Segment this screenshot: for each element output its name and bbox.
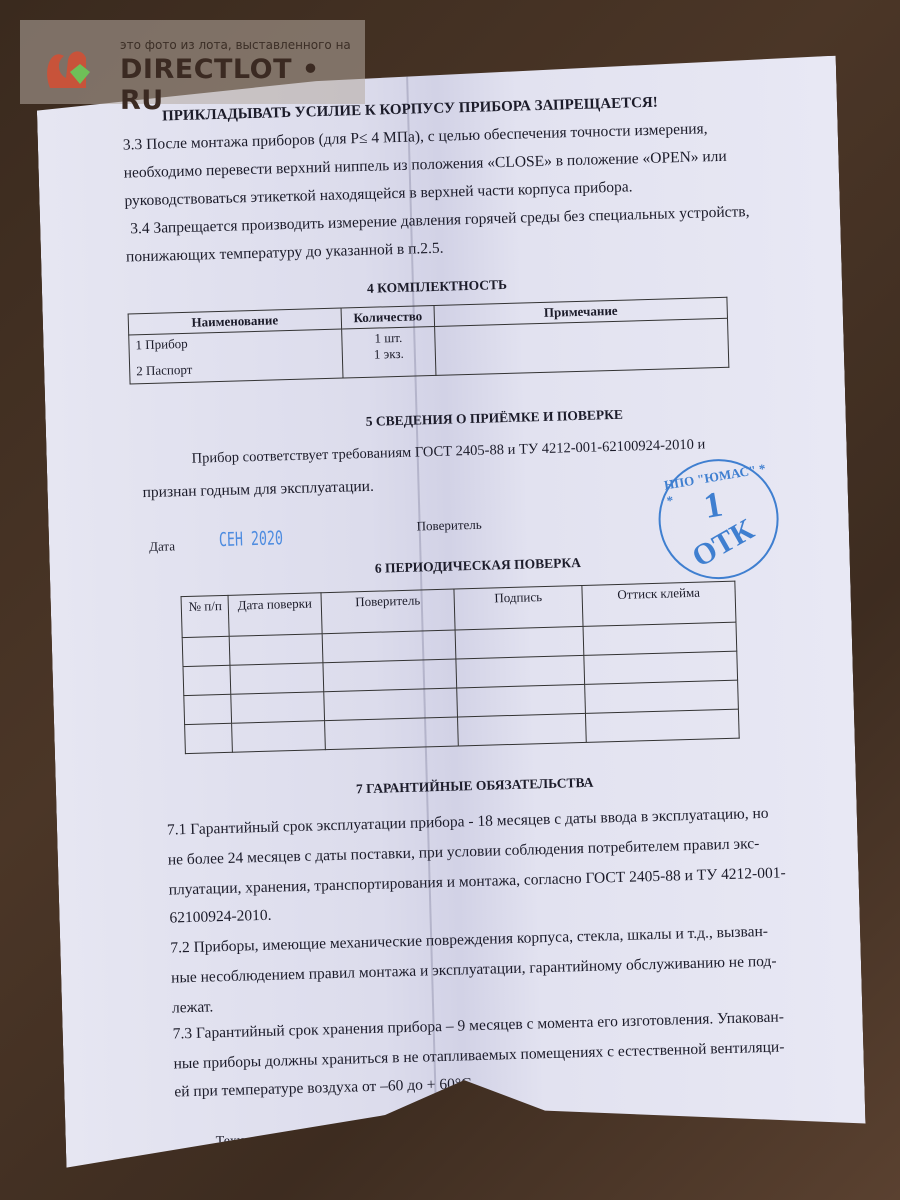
squirrel-logo-icon: [42, 38, 102, 98]
section6-title: 6 ПЕРИОДИЧЕСКАЯ ПОВЕРКА: [375, 555, 581, 577]
directlot-watermark: это фото из лота, выставленного на DIREC…: [20, 20, 365, 104]
passport-page: ПРИКЛАДЫВАТЬ УСИЛИЕ К КОРПУСУ ПРИБОРА ЗА…: [36, 56, 866, 1168]
section5-line: признан годным для эксплуатации.: [142, 479, 374, 501]
section7-line: ей при температуре воздуха от –60 до + 6…: [174, 1076, 472, 1100]
completeness-table: Наименование Количество Примечание 1 При…: [128, 297, 730, 385]
verification-table: № п/п Дата поверки Поверитель Подпись От…: [181, 581, 740, 754]
section7-line: 7.3 Гарантийный срок хранения прибора – …: [173, 1009, 785, 1042]
footer-line: Техническая продукция защищена патентами…: [216, 1121, 731, 1149]
section4-title: 4 КОМПЛЕКТНОСТЬ: [367, 277, 507, 297]
section7-title: 7 ГАРАНТИЙНЫЕ ОБЯЗАТЕЛЬСТВА: [356, 775, 594, 798]
otk-stamp: НПО "ЮМАС" * * 1 ОТК: [649, 450, 787, 588]
section7-line: плуатации, хранения, транспортирования и…: [169, 865, 786, 898]
col-header: Оттиск клейма: [582, 581, 736, 626]
col-header: Количество: [341, 305, 435, 329]
item-quantities: 1 шт.1 экз.: [342, 326, 436, 378]
section7-line: 7.1 Гарантийный срок эксплуатации прибор…: [167, 806, 769, 838]
section3-line: необходимо перевести верхний ниппель из …: [123, 149, 726, 181]
section5-line: Прибор соответствует требованиям ГОСТ 24…: [191, 437, 705, 466]
section7-line: 62100924-2010.: [169, 908, 271, 926]
col-header: Дата поверки: [228, 593, 322, 637]
watermark-brand: DIRECTLOT • RU: [120, 54, 365, 116]
verifier-label: Поверитель: [416, 518, 481, 533]
footer-line: интеллектуальной собственности, как на и…: [176, 1138, 767, 1168]
col-header: Поверитель: [321, 589, 455, 634]
section5-title: 5 СВЕДЕНИЯ О ПРИЁМКЕ И ПОВЕРКЕ: [366, 407, 624, 430]
date-label: Дата: [149, 539, 175, 553]
section7-line: ные несоблюдением правил монтажа и экспл…: [171, 954, 777, 986]
section3-line: 3.3 После монтажа приборов (для Р≤ 4 МПа…: [123, 121, 708, 153]
section7-line: ные приборы должны храниться в не отапли…: [173, 1039, 784, 1072]
watermark-caption: это фото из лота, выставленного на: [120, 38, 351, 52]
section7-line: лежат.: [172, 999, 214, 1016]
section7-line: 7.2 Приборы, имеющие механические повреж…: [170, 924, 768, 956]
col-header: Подпись: [454, 585, 583, 630]
section3-line: 3.4 Запрещается производить измерение да…: [130, 204, 750, 237]
date-stamp: СЕН 2020: [219, 527, 284, 551]
section7-line: не более 24 месяцев с даты поставки, при…: [168, 836, 760, 868]
col-header: № п/п: [181, 595, 229, 637]
section3-line: руководствоваться этикеткой находящейся …: [124, 179, 632, 209]
section3-line: понижающих температуру до указанной в п.…: [126, 241, 444, 265]
item-notes: [435, 318, 729, 375]
item-names: 1 Прибор2 Паспорт: [129, 329, 343, 384]
